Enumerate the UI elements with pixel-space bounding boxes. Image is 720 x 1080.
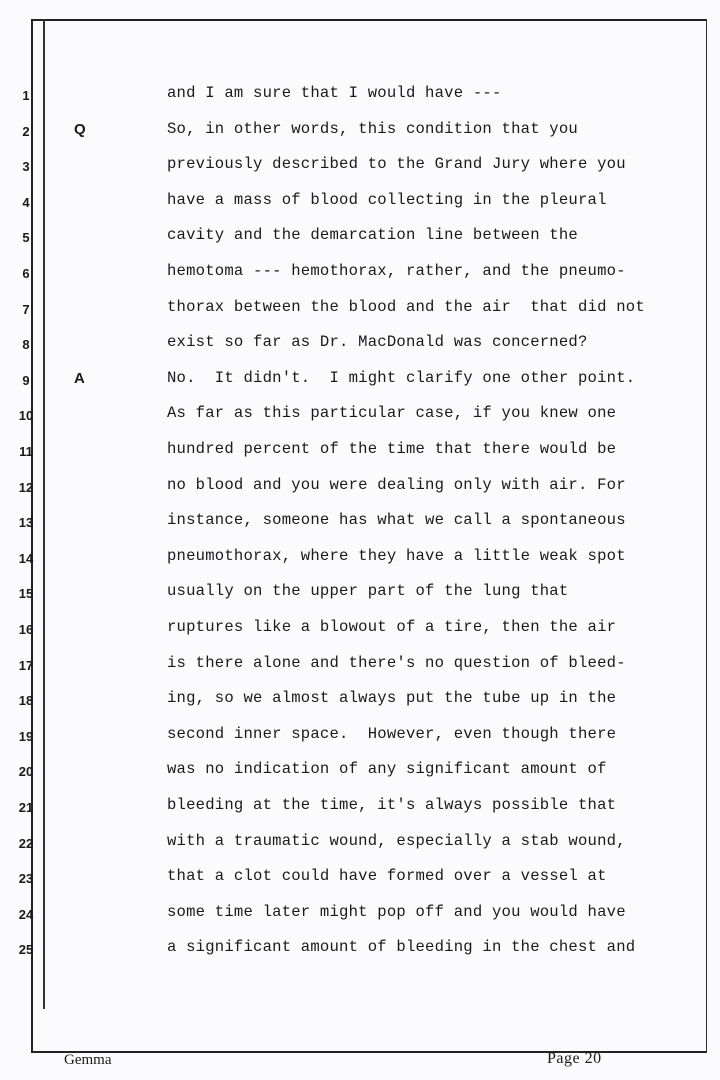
speaker-label: A <box>74 370 85 387</box>
page-number: Page 20 <box>547 1050 602 1068</box>
transcript-line: hundred percent of the time that there w… <box>167 440 616 458</box>
line-number: 7 <box>14 302 38 317</box>
page-border <box>31 19 707 1053</box>
line-number: 3 <box>14 159 38 174</box>
line-number: 2 <box>14 124 38 139</box>
line-number: 1 <box>14 88 38 103</box>
line-number: 23 <box>14 871 38 886</box>
speaker-label: Q <box>74 121 86 138</box>
line-number: 19 <box>14 729 38 744</box>
transcript-line: So, in other words, this condition that … <box>167 120 578 138</box>
transcript-line: hemotoma --- hemothorax, rather, and the… <box>167 262 626 280</box>
line-number: 4 <box>14 195 38 210</box>
line-number: 24 <box>14 907 38 922</box>
line-number: 10 <box>14 408 38 423</box>
line-number: 18 <box>14 693 38 708</box>
line-number: 17 <box>14 658 38 673</box>
line-number: 16 <box>14 622 38 637</box>
line-number: 6 <box>14 266 38 281</box>
transcript-line: no blood and you were dealing only with … <box>167 476 626 494</box>
transcript-line: with a traumatic wound, especially a sta… <box>167 832 626 850</box>
transcript-line: previously described to the Grand Jury w… <box>167 155 626 173</box>
line-number: 15 <box>14 586 38 601</box>
transcript-line: that a clot could have formed over a ves… <box>167 867 607 885</box>
transcript-line: a significant amount of bleeding in the … <box>167 938 635 956</box>
transcript-line: As far as this particular case, if you k… <box>167 404 616 422</box>
transcript-line: and I am sure that I would have --- <box>167 84 502 102</box>
line-number: 21 <box>14 800 38 815</box>
transcript-line: ruptures like a blowout of a tire, then … <box>167 618 616 636</box>
transcript-line: is there alone and there's no question o… <box>167 654 626 672</box>
transcript-line: have a mass of blood collecting in the p… <box>167 191 607 209</box>
line-number: 12 <box>14 480 38 495</box>
transcript-line: usually on the upper part of the lung th… <box>167 582 568 600</box>
line-number: 20 <box>14 764 38 779</box>
transcript-line: exist so far as Dr. MacDonald was concer… <box>167 333 588 351</box>
line-number: 22 <box>14 836 38 851</box>
line-number: 13 <box>14 515 38 530</box>
transcript-line: was no indication of any significant amo… <box>167 760 607 778</box>
line-number: 8 <box>14 337 38 352</box>
line-number: 25 <box>14 942 38 957</box>
line-number-rule <box>43 19 45 1009</box>
line-number: 14 <box>14 551 38 566</box>
transcript-line: some time later might pop off and you wo… <box>167 903 626 921</box>
transcript-line: thorax between the blood and the air tha… <box>167 298 645 316</box>
transcript-line: No. It didn't. I might clarify one other… <box>167 369 635 387</box>
transcript-line: cavity and the demarcation line between … <box>167 226 578 244</box>
transcript-line: instance, someone has what we call a spo… <box>167 511 626 529</box>
line-number: 9 <box>14 373 38 388</box>
line-number: 5 <box>14 230 38 245</box>
reporter-name: Gemma <box>64 1052 111 1069</box>
transcript-line: bleeding at the time, it's always possib… <box>167 796 616 814</box>
transcript-line: ing, so we almost always put the tube up… <box>167 689 616 707</box>
line-number: 11 <box>14 444 38 459</box>
transcript-line: pneumothorax, where they have a little w… <box>167 547 626 565</box>
transcript-line: second inner space. However, even though… <box>167 725 616 743</box>
